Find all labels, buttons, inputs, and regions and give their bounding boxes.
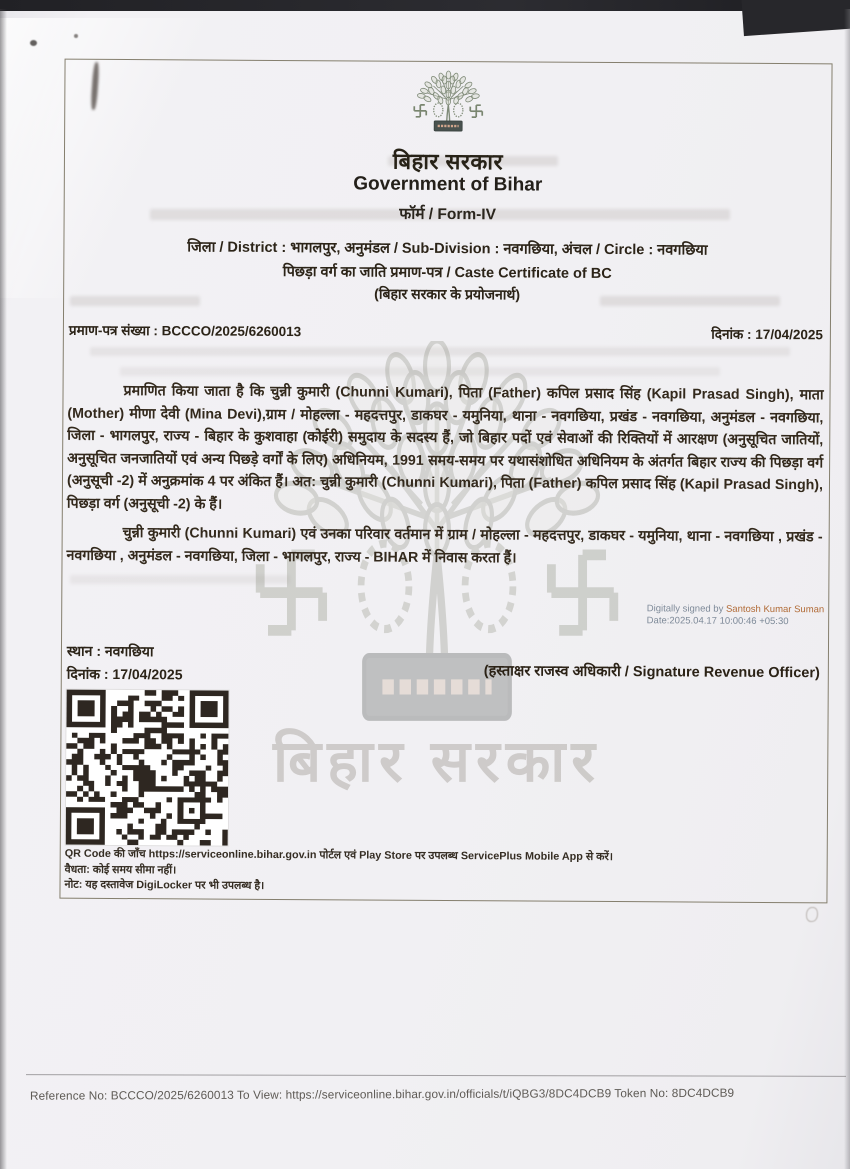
place-line: स्थान : नवगछिया xyxy=(67,640,183,664)
qr-code xyxy=(66,690,229,846)
place-date-block: स्थान : नवगछिया दिनांक : 17/04/2025 xyxy=(67,640,183,687)
certificate-title: पिछड़ा वर्ग का जाति प्रमाण-पत्र / Caste … xyxy=(64,260,830,285)
digilocker-note: नोट: यह दस्तावेज DigiLocker पर भी उपलब्ध… xyxy=(64,878,818,898)
certificate-number: प्रमाण-पत्र संख्या : BCCCO/2025/6260013 xyxy=(69,321,301,340)
reference-line: Reference No: BCCCO/2025/6260013 To View… xyxy=(30,1085,840,1103)
digital-signer-name: Santosh Kumar Suman xyxy=(726,604,824,616)
digital-signature-date: Date:2025.04.17 10:00:46 +05:30 xyxy=(647,615,789,627)
scan-right-shadow xyxy=(844,9,850,1169)
certificate-meta-row: प्रमाण-पत्र संख्या : BCCCO/2025/6260013 … xyxy=(69,321,823,344)
org-name-english: Government of Bihar xyxy=(65,172,831,199)
digital-signature-block: Digitally signed by Santosh Kumar Suman … xyxy=(647,603,825,628)
footer-divider xyxy=(26,1074,846,1077)
footer-notes: QR Code की जाँच https://serviceonline.bi… xyxy=(64,847,818,898)
issue-date: दिनांक : 17/04/2025 xyxy=(711,325,823,344)
certificate-paragraph-2: चुन्नी कुमारी (Chunni Kumari) एवं उनका प… xyxy=(66,522,822,572)
certificate-paragraph-1: प्रमाणित किया जाता है कि चुन्नी कुमारी (… xyxy=(67,380,824,520)
scanned-paper: बिहार सरकार बिहार सरकार Government of Bi… xyxy=(0,9,850,1169)
purpose-line: (बिहार सरकार के प्रयोजनार्थ) xyxy=(64,283,830,307)
scanner-edge-band xyxy=(0,0,850,11)
scan-mark xyxy=(806,907,818,922)
bihar-emblem-logo xyxy=(398,70,498,135)
form-number: फॉर्म / Form-IV xyxy=(65,200,831,227)
scan-dot xyxy=(74,34,78,38)
signature-officer-line: (हस्ताक्षर राजस्व अधिकारी / Signature Re… xyxy=(484,660,820,682)
date-line: दिनांक : 17/04/2025 xyxy=(67,663,183,687)
district-subdivision-circle-line: जिला / District : भागलपुर, अनुमंडल / Sub… xyxy=(64,236,830,261)
scan-dot xyxy=(30,40,37,46)
certificate-box: बिहार सरकार Government of Bihar फॉर्म / … xyxy=(59,59,832,904)
scan-left-shadow xyxy=(0,9,7,1169)
qr-code-canvas xyxy=(66,690,229,846)
digital-signature-prefix: Digitally signed by xyxy=(647,603,726,614)
